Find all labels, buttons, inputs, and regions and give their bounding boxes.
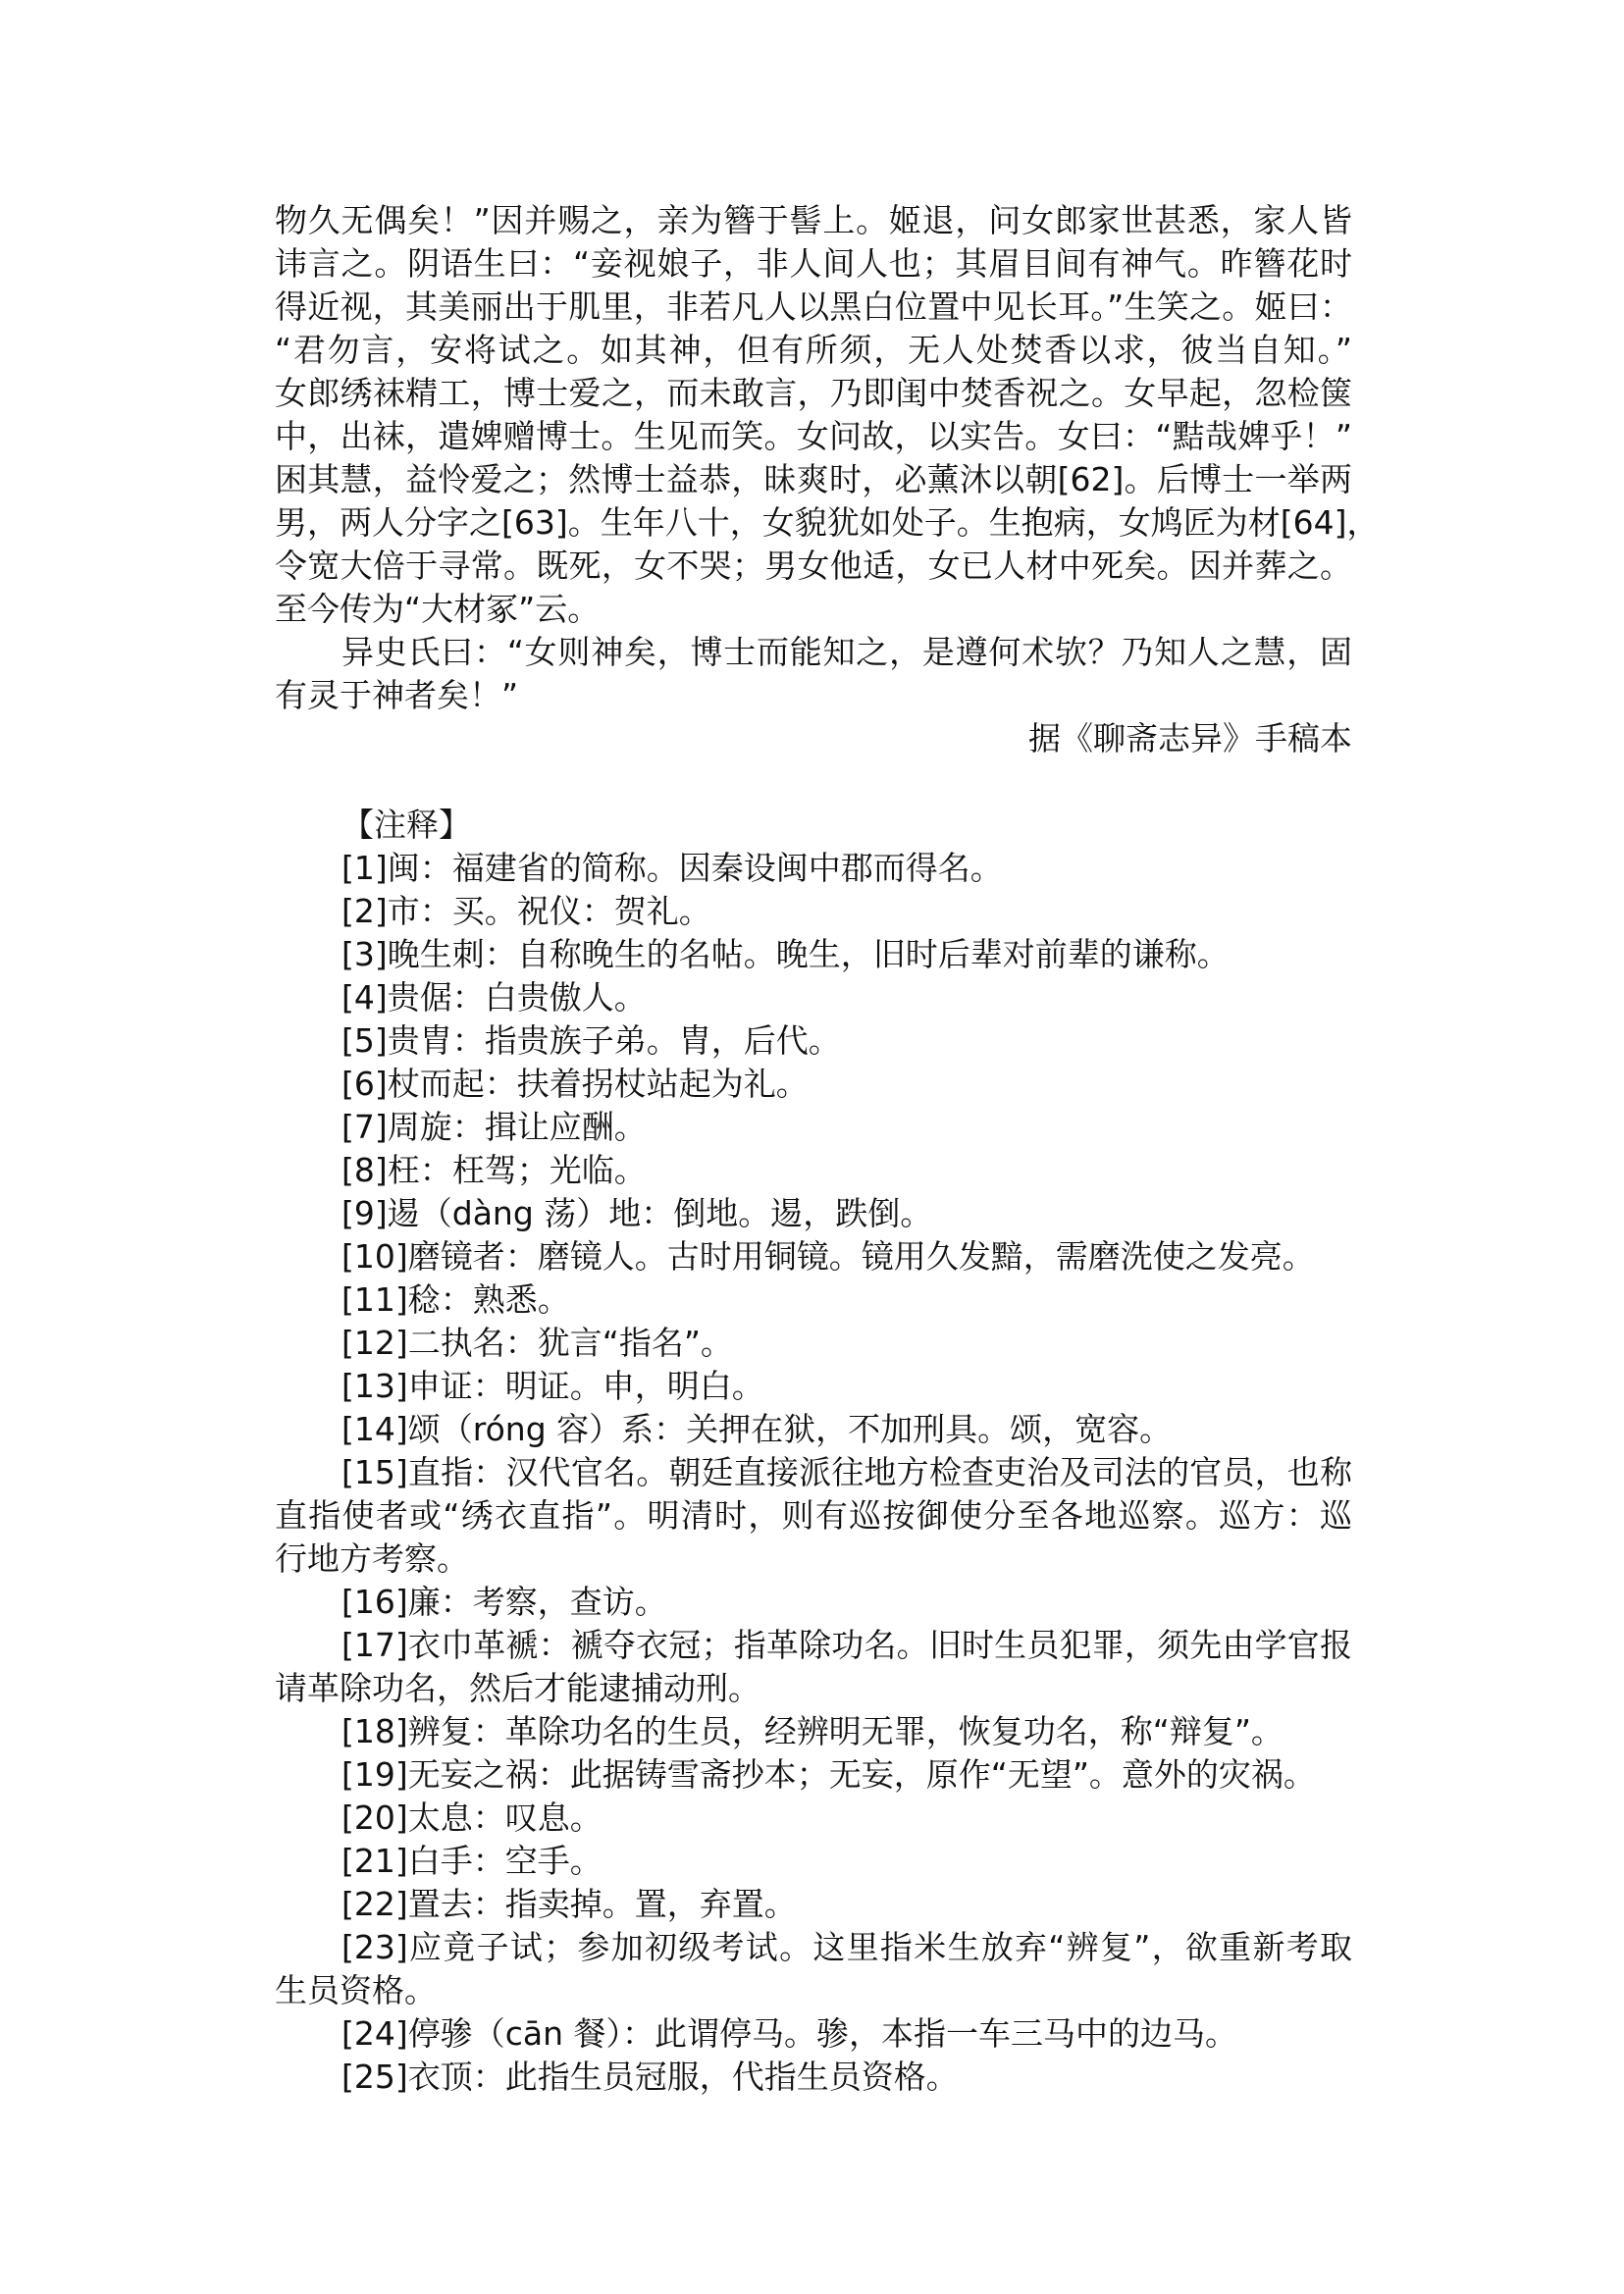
story-line: 中，出袜，遣婢赠博士。生见而笑。女问故，以实告。女曰：“黠哉婢乎！” xyxy=(275,415,1352,458)
note-item: [5]贵胄：指贵族子弟。胄，后代。 xyxy=(275,1019,1352,1063)
note-item: [6]杖而起：扶着拐杖站起为礼。 xyxy=(275,1063,1352,1106)
notes-heading: 【注释】 xyxy=(275,804,1352,847)
story-line: 困其慧，益怜爱之；然博士益恭，昧爽时，必薰沐以朝[62]。后博士一举两 xyxy=(275,458,1352,501)
note-item: [15]直指：汉代官名。朝廷直接派往地方检查吏治及司法的官员，也称 xyxy=(275,1451,1352,1494)
story-line: 女郎绣袜精工，博士爱之，而未敢言，乃即闺中焚香祝之。女早起，忽检箧 xyxy=(275,372,1352,415)
note-item: [18]辨复：革除功名的生员，经辨明无罪，恢复功名，称“辩复”。 xyxy=(275,1710,1352,1753)
note-item: [13]申证：明证。申，明白。 xyxy=(275,1365,1352,1408)
commentary: 异史氏曰：“女则神矣，博士而能知之，是遵何术欤？乃知人之慧，固 有灵于神者矣！” xyxy=(275,631,1352,717)
story-text: 物久无偶矣！”因并赐之，亲为簪于髻上。姬退，问女郎家世甚悉，家人皆 讳言之。阴语… xyxy=(275,199,1352,631)
note-item: [23]应竟子试；参加初级考试。这里指米生放弃“辨复”，欲重新考取 xyxy=(275,1926,1352,1969)
note-item: [7]周旋：揖让应酬。 xyxy=(275,1106,1352,1149)
note-item: [1]闽：福建省的简称。因秦设闽中郡而得名。 xyxy=(275,847,1352,890)
note-item: [12]二执名：犹言“指名”。 xyxy=(275,1322,1352,1365)
note-item: [16]廉：考察，查访。 xyxy=(275,1581,1352,1624)
note-item: [4]贵倨：白贵傲人。 xyxy=(275,976,1352,1019)
story-line: 讳言之。阴语生曰：“妾视娘子，非人间人也；其眉目间有神气。昨簪花时 xyxy=(275,242,1352,286)
story-line: 男，两人分字之[63]。生年八十，女貌犹如处子。生抱病，女鸠匠为材[64]， xyxy=(275,501,1352,545)
section-spacer xyxy=(275,760,1352,804)
note-item: [14]颂（róng 容）系：关押在狱，不加刑具。颂，宽容。 xyxy=(275,1408,1352,1451)
note-item-continuation: 直指使者或“绣衣直指”。明清时，则有巡按御使分至各地巡察。巡方：巡 xyxy=(275,1494,1352,1538)
note-item: [9]逷（dàng 荡）地：倒地。逷，跌倒。 xyxy=(275,1192,1352,1235)
story-line: 物久无偶矣！”因并赐之，亲为簪于髻上。姬退，问女郎家世甚悉，家人皆 xyxy=(275,199,1352,242)
note-item-continuation: 行地方考察。 xyxy=(275,1538,1352,1581)
note-item: [17]衣巾革褫：褫夺衣冠；指革除功名。旧时生员犯罪，须先由学官报 xyxy=(275,1624,1352,1667)
note-item: [24]停骖（cān 餐）：此谓停马。骖，本指一车三马中的边马。 xyxy=(275,2012,1352,2056)
note-item: [2]市：买。祝仪：贺礼。 xyxy=(275,890,1352,933)
story-line: 至今传为“大材冢”云。 xyxy=(275,588,1352,631)
source-attribution: 据《聊斋志异》手稿本 xyxy=(275,717,1352,760)
note-item: [22]置去：指卖掉。置，弃置。 xyxy=(275,1883,1352,1926)
note-item-continuation: 请革除功名，然后才能逮捕动刑。 xyxy=(275,1667,1352,1710)
note-item: [20]太息：叹息。 xyxy=(275,1797,1352,1840)
document-page: 物久无偶矣！”因并赐之，亲为簪于髻上。姬退，问女郎家世甚悉，家人皆 讳言之。阴语… xyxy=(275,199,1352,2099)
note-item: [21]白手：空手。 xyxy=(275,1840,1352,1883)
commentary-line: 异史氏曰：“女则神矣，博士而能知之，是遵何术欤？乃知人之慧，固 xyxy=(275,631,1352,674)
note-item: [25]衣顶：此指生员冠服，代指生员资格。 xyxy=(275,2056,1352,2099)
story-line: 令宽大倍于寻常。既死，女不哭；男女他适，女已人材中死矣。因并葬之。 xyxy=(275,545,1352,588)
story-line: “君勿言，安将试之。如其神，但有所须，无人处焚香以求，彼当自知。” xyxy=(275,329,1352,372)
note-item: [3]晚生刺：自称晚生的名帖。晚生，旧时后辈对前辈的谦称。 xyxy=(275,933,1352,976)
note-item: [11]稔：熟悉。 xyxy=(275,1278,1352,1322)
note-item-continuation: 生员资格。 xyxy=(275,1969,1352,2012)
note-item: [19]无妄之祸：此据铸雪斋抄本；无妄，原作“无望”。意外的灾祸。 xyxy=(275,1753,1352,1797)
note-item: [8]枉：枉驾；光临。 xyxy=(275,1149,1352,1192)
commentary-line: 有灵于神者矣！” xyxy=(275,674,1352,717)
notes-list: [1]闽：福建省的简称。因秦设闽中郡而得名。 [2]市：买。祝仪：贺礼。 [3]… xyxy=(275,847,1352,2099)
note-item: [10]磨镜者：磨镜人。古时用铜镜。镜用久发黯，需磨洗使之发亮。 xyxy=(275,1235,1352,1278)
story-line: 得近视，其美丽出于肌里，非若凡人以黑白位置中见长耳。”生笑之。姬曰： xyxy=(275,286,1352,329)
